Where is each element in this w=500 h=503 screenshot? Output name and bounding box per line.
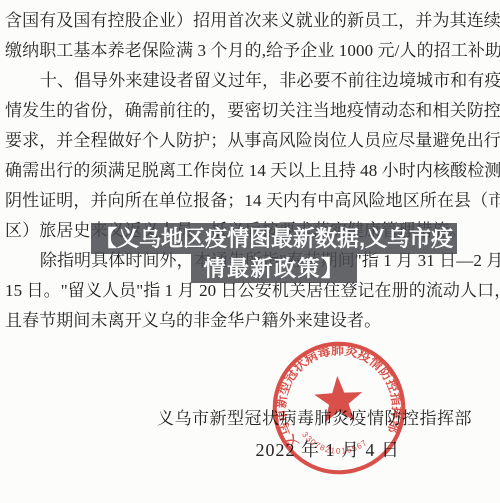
headline-text-line2: 情最新政策】 xyxy=(191,254,356,283)
scanned-notice-document: 含国有及国有控股企业）招用首次来义就业的新员工，并为其连续 缴纳职工基本养老保险… xyxy=(0,0,500,503)
seal-serial-number: 3307821015567 xyxy=(300,427,370,458)
visible-fragment: 区）旅居 xyxy=(5,221,73,240)
body-line: 缴纳职工基本养老保险满 3 个月的,给予企业 1000 元/人的招工补助。 xyxy=(5,36,495,66)
body-line-item-ten: 十、倡导外来建设者留义过年，非必要不前往边境城市和有疫 xyxy=(5,66,495,96)
headline-row: 情最新政策】 xyxy=(83,254,465,283)
headline-text-line1: 【义乌地区疫情图最新数据,义乌市疫 xyxy=(91,223,457,254)
body-line: 阴性证明，并向所在单位报备；14 天内有中高风险地区所在县（市、 xyxy=(5,186,495,216)
body-line: 含国有及国有控股企业）招用首次来义就业的新员工，并为其连续 xyxy=(5,6,495,36)
star-icon xyxy=(313,375,363,423)
official-seal: 义乌市新型冠状病毒肺炎疫情防控指挥部 3307821015567 xyxy=(262,331,415,484)
notice-body-text: 含国有及国有控股企业）招用首次来义就业的新员工，并为其连续 缴纳职工基本养老保险… xyxy=(5,6,495,336)
body-line: 且春节期间未离开义乌的非金华户籍外来建设者。 xyxy=(5,306,495,336)
body-line: 要求，并全程做好个人防护；从事高风险岗位人员应尽量避免出行， xyxy=(5,126,495,156)
headline-overlay: 【义乌地区疫情图最新数据,义乌市疫 情最新政策】 xyxy=(83,223,465,283)
body-line: 确需出行的须满足脱离工作岗位 14 天以上且持 48 小时内核酸检测 xyxy=(5,156,495,186)
body-line: 情发生的省份，确需前往的，要密切关注当地疫情动态和相关防控 xyxy=(5,96,495,126)
headline-row: 【义乌地区疫情图最新数据,义乌市疫 xyxy=(83,223,465,254)
